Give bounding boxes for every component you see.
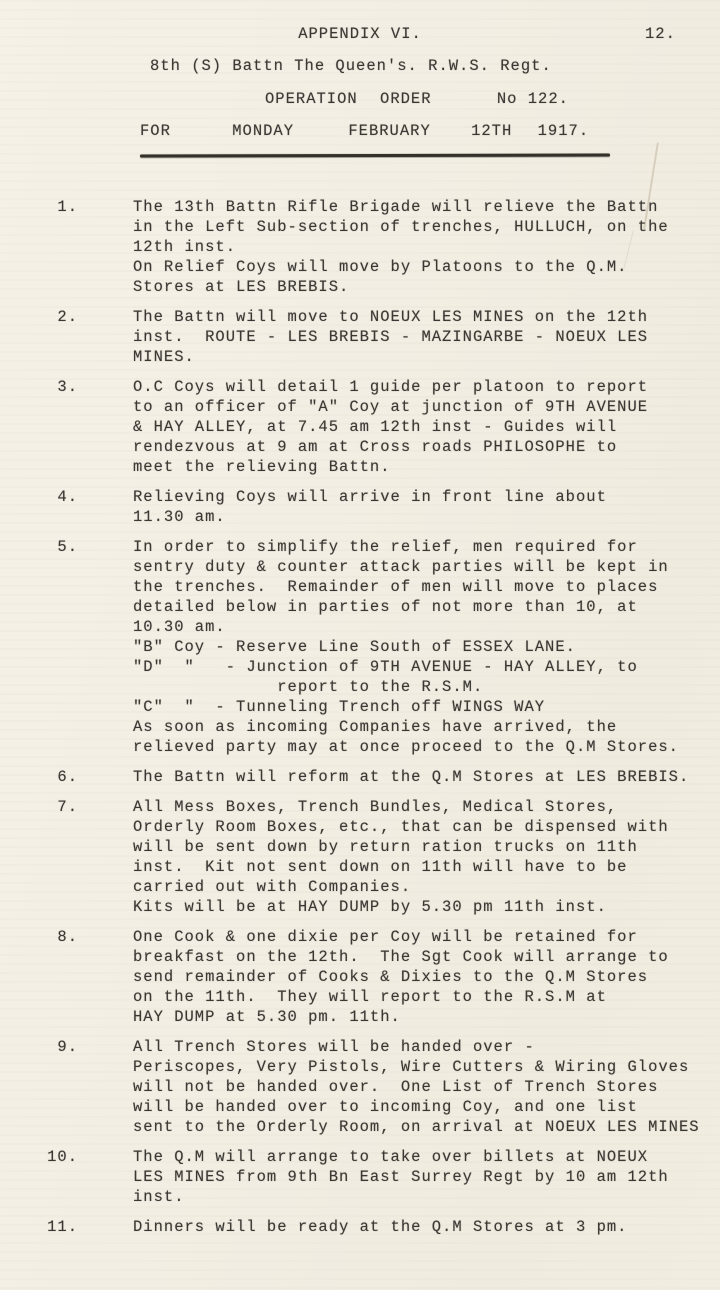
order-item-6: 6. The Battn will reform at the Q.M Stor… (0, 767, 720, 787)
item-text: Relieving Coys will arrive in front line… (133, 487, 720, 527)
order-item-7: 7. All Mess Boxes, Trench Bundles, Medic… (0, 797, 720, 917)
document-page: APPENDIX VI. 12. 8th (S) Battn The Queen… (0, 0, 720, 1290)
date-day: MONDAY (232, 122, 294, 140)
order-number: No 122. (497, 90, 569, 108)
item-number: 11. (0, 1217, 78, 1237)
order-title-row: OPERATION ORDER No 122. (0, 89, 720, 109)
item-number: 2. (0, 307, 78, 367)
item-number: 10. (0, 1147, 78, 1207)
item-text: All Mess Boxes, Trench Bundles, Medical … (133, 797, 720, 917)
order-item-5: 5. In order to simplify the relief, men … (0, 537, 720, 757)
item-text: The Battn will move to NOEUX LES MINES o… (133, 307, 720, 367)
item-number: 3. (0, 377, 78, 477)
order-item-9: 9. All Trench Stores will be handed over… (0, 1037, 720, 1137)
item-number: 4. (0, 487, 78, 527)
order-item-10: 10. The Q.M will arrange to take over bi… (0, 1147, 720, 1207)
item-text: All Trench Stores will be handed over - … (133, 1037, 720, 1137)
order-item-8: 8. One Cook & one dixie per Coy will be … (0, 927, 720, 1027)
date-month: FEBRUARY (348, 122, 430, 140)
item-text: In order to simplify the relief, men req… (133, 537, 720, 757)
date-year: 1917. (538, 122, 590, 140)
order-item-11: 11. Dinners will be ready at the Q.M Sto… (0, 1217, 720, 1237)
order-title: OPERATION ORDER (265, 90, 432, 108)
item-text: O.C Coys will detail 1 guide per platoon… (133, 377, 720, 477)
item-number: 7. (0, 797, 78, 917)
item-number: 1. (0, 197, 78, 297)
order-item-4: 4. Relieving Coys will arrive in front l… (0, 487, 720, 527)
page-number: 12. (645, 24, 676, 44)
date-date: 12TH (471, 122, 512, 140)
order-item-2: 2. The Battn will move to NOEUX LES MINE… (0, 307, 720, 367)
order-item-3: 3. O.C Coys will detail 1 guide per plat… (0, 377, 720, 477)
item-text: The 13th Battn Rifle Brigade will reliev… (133, 197, 720, 297)
item-text: Dinners will be ready at the Q.M Stores … (133, 1217, 720, 1237)
order-item-1: 1. The 13th Battn Rifle Brigade will rel… (0, 197, 720, 297)
item-number: 9. (0, 1037, 78, 1137)
item-number: 8. (0, 927, 78, 1027)
item-text: The Battn will reform at the Q.M Stores … (133, 767, 720, 787)
item-text: One Cook & one dixie per Coy will be ret… (133, 927, 720, 1027)
date-row: FOR MONDAY FEBRUARY 12TH 1917. (0, 121, 720, 141)
date-label: FOR (140, 122, 171, 140)
unit-title: 8th (S) Battn The Queen's. R.W.S. Regt. (0, 56, 720, 76)
header-divider (140, 154, 610, 158)
order-items: 1. The 13th Battn Rifle Brigade will rel… (0, 197, 720, 1237)
header-row: APPENDIX VI. 12. (0, 24, 720, 44)
item-number: 5. (0, 537, 78, 757)
appendix-title: APPENDIX VI. (298, 24, 422, 44)
item-number: 6. (0, 767, 78, 787)
item-text: The Q.M will arrange to take over billet… (133, 1147, 720, 1207)
